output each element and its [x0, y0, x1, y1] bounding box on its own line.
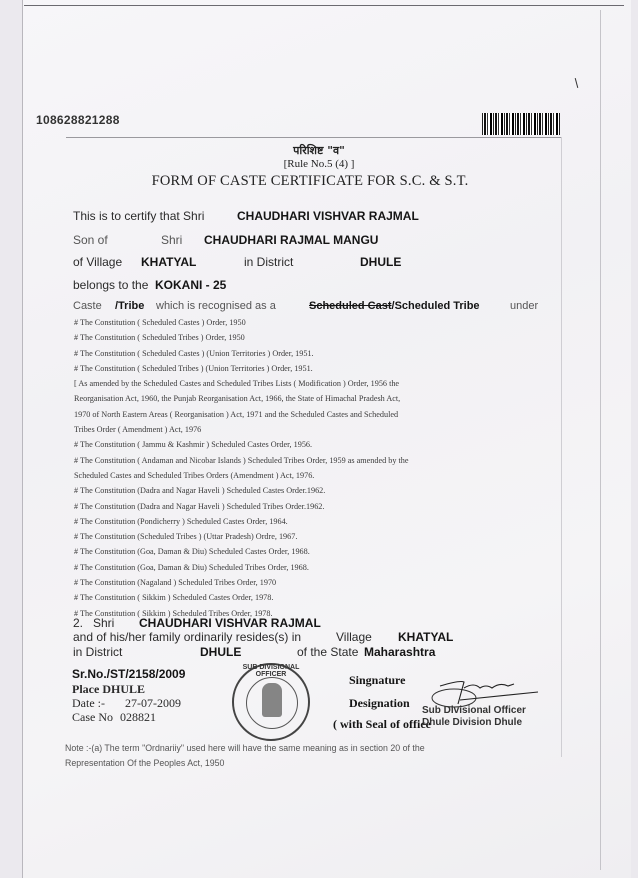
order-list-item: # The Constitution (Dadra and Nagar Have…: [74, 502, 494, 517]
top-border-line: [24, 5, 624, 6]
father-name: CHAUDHARI RAJMAL MANGU: [204, 233, 378, 247]
form-frame-right: [561, 137, 562, 757]
state-value: Maharashtra: [364, 645, 435, 659]
certify-label: This is to certify that Shri: [73, 209, 204, 223]
residence-village-label: Village: [336, 630, 372, 644]
signature-icon: [430, 678, 540, 708]
order-list-item: # The Constitution (Nagaland ) Scheduled…: [74, 578, 494, 593]
order-list-item: # The Constitution ( Andaman and Nicobar…: [74, 456, 494, 471]
order-list-item: 1970 of North Eastern Areas ( Reorganisa…: [74, 410, 494, 425]
form-title: FORM OF CASTE CERTIFICATE FOR S.C. & S.T…: [0, 173, 620, 190]
residence-shri-label: Shri: [93, 616, 114, 630]
date-label: Date :-: [72, 696, 105, 710]
state-label: of the State: [297, 645, 358, 659]
date-value: 27-07-2009: [125, 696, 181, 711]
residence-name: CHAUDHARI VISHVAR RAJMAL: [139, 616, 321, 630]
village-line: of Village KHATYAL in District DHULE: [73, 255, 122, 269]
order-list-item: # The Constitution (Goa, Daman & Diu) Sc…: [74, 563, 494, 578]
signature-label: Singnature: [349, 673, 405, 688]
order-list-item: # The Constitution (Scheduled Tribes ) (…: [74, 532, 494, 547]
village-label: of Village: [73, 255, 122, 269]
order-list-item: [ As amended by the Scheduled Castes and…: [74, 379, 494, 394]
case-value: 028821: [120, 710, 156, 725]
caste-label: Caste: [73, 300, 102, 312]
constitution-orders-list: # The Constitution ( Scheduled Castes ) …: [74, 318, 494, 624]
designation-line-2: Dhule Division Dhule: [422, 717, 526, 729]
caste-tribe-line: Caste /Tribe which is recognised as a Sc…: [73, 300, 102, 312]
residence-village: KHATYAL: [398, 630, 453, 644]
case-line: Case No 028821: [72, 710, 113, 725]
order-list-item: # The Constitution (Pondicherry ) Schedu…: [74, 517, 494, 532]
serial-number: 108628821288: [36, 113, 120, 127]
district-label: in District: [244, 255, 293, 269]
resides-line: and of his/her family ordinarily resides…: [73, 630, 301, 644]
order-list-item: # The Constitution (Goa, Daman & Diu) Sc…: [74, 547, 494, 562]
resides-label: and of his/her family ordinarily resides…: [73, 630, 301, 644]
place-label: Place: [72, 682, 99, 696]
son-of-line: Son of Shri CHAUDHARI RAJMAL MANGU: [73, 233, 108, 247]
tribe-label: /Tribe: [115, 300, 144, 312]
national-emblem-icon: [262, 683, 282, 717]
order-list-item: # The Constitution ( Scheduled Castes ) …: [74, 349, 494, 364]
under-label: under: [510, 300, 538, 312]
order-list-item: Scheduled Castes and Scheduled Tribes Or…: [74, 471, 494, 486]
shri-label: Shri: [161, 233, 182, 247]
note-line-1: Note :-(a) The term "Ordnariiy" used her…: [65, 743, 425, 753]
note-line-2: Representation Of the Peoples Act, 1950: [65, 758, 224, 768]
barcode-icon: [482, 113, 560, 135]
place-value: DHULE: [102, 682, 145, 696]
order-list-item: # The Constitution ( Scheduled Castes ) …: [74, 318, 494, 333]
official-seal: SUB DIVISIONAL OFFICER: [232, 663, 310, 741]
residence-district-line: in District DHULE of the State Maharasht…: [73, 645, 122, 659]
residence-name-line: 2. Shri CHAUDHARI VISHVAR RAJMAL: [73, 616, 83, 630]
seal-text: SUB DIVISIONAL OFFICER: [234, 664, 308, 678]
village-value: KHATYAL: [141, 255, 196, 269]
seal-of-office-label: ( with Seal of office: [333, 717, 431, 732]
order-list-item: # The Constitution ( Sikkim ) Scheduled …: [74, 593, 494, 608]
order-list-item: # The Constitution (Dadra and Nagar Have…: [74, 486, 494, 501]
order-list-item: Tribes Order ( Amendment ) Act, 1976: [74, 425, 494, 440]
son-of-label: Son of: [73, 233, 108, 247]
right-border-line: [600, 10, 601, 870]
sr-number: Sr.No./ST/2158/2009: [72, 667, 185, 681]
belongs-line: belongs to the KOKANI - 25: [73, 278, 148, 292]
order-list-item: # The Constitution ( Scheduled Tribes ) …: [74, 333, 494, 348]
belongs-label: belongs to the: [73, 278, 148, 292]
district-value: DHULE: [360, 255, 401, 269]
residence-district: DHULE: [200, 645, 241, 659]
certify-line: This is to certify that Shri CHAUDHARI V…: [73, 209, 204, 223]
scheduled-tribe: /Scheduled Tribe: [392, 300, 480, 312]
designation-label: Designation: [349, 696, 410, 711]
date-line: Date :- 27-07-2009: [72, 696, 105, 711]
order-list-item: Reorganisation Act, 1960, the Punjab Reo…: [74, 394, 494, 409]
recognised-label: which is recognised as a: [156, 300, 276, 312]
rule-number: [Rule No.5 (4) ]: [0, 158, 638, 170]
place-line: Place DHULE: [72, 682, 145, 697]
residence-number: 2.: [73, 616, 83, 630]
case-label: Case No: [72, 710, 113, 724]
order-list-item: # The Constitution ( Jammu & Kashmir ) S…: [74, 440, 494, 455]
community-value: KOKANI - 25: [155, 278, 226, 292]
holder-name: CHAUDHARI VISHVAR RAJMAL: [237, 209, 419, 223]
designation-stamp: Sub Divisional Officer Dhule Division Dh…: [422, 705, 526, 729]
designation-line-1: Sub Divisional Officer: [422, 705, 526, 717]
hindi-heading: परिशिष्ट "व": [0, 143, 638, 158]
order-list-item: # The Constitution ( Scheduled Tribes ) …: [74, 364, 494, 379]
scheduled-caste-struck: Scheduled Cast: [309, 300, 392, 312]
form-frame-top: [66, 137, 561, 138]
residence-district-label: in District: [73, 645, 122, 659]
